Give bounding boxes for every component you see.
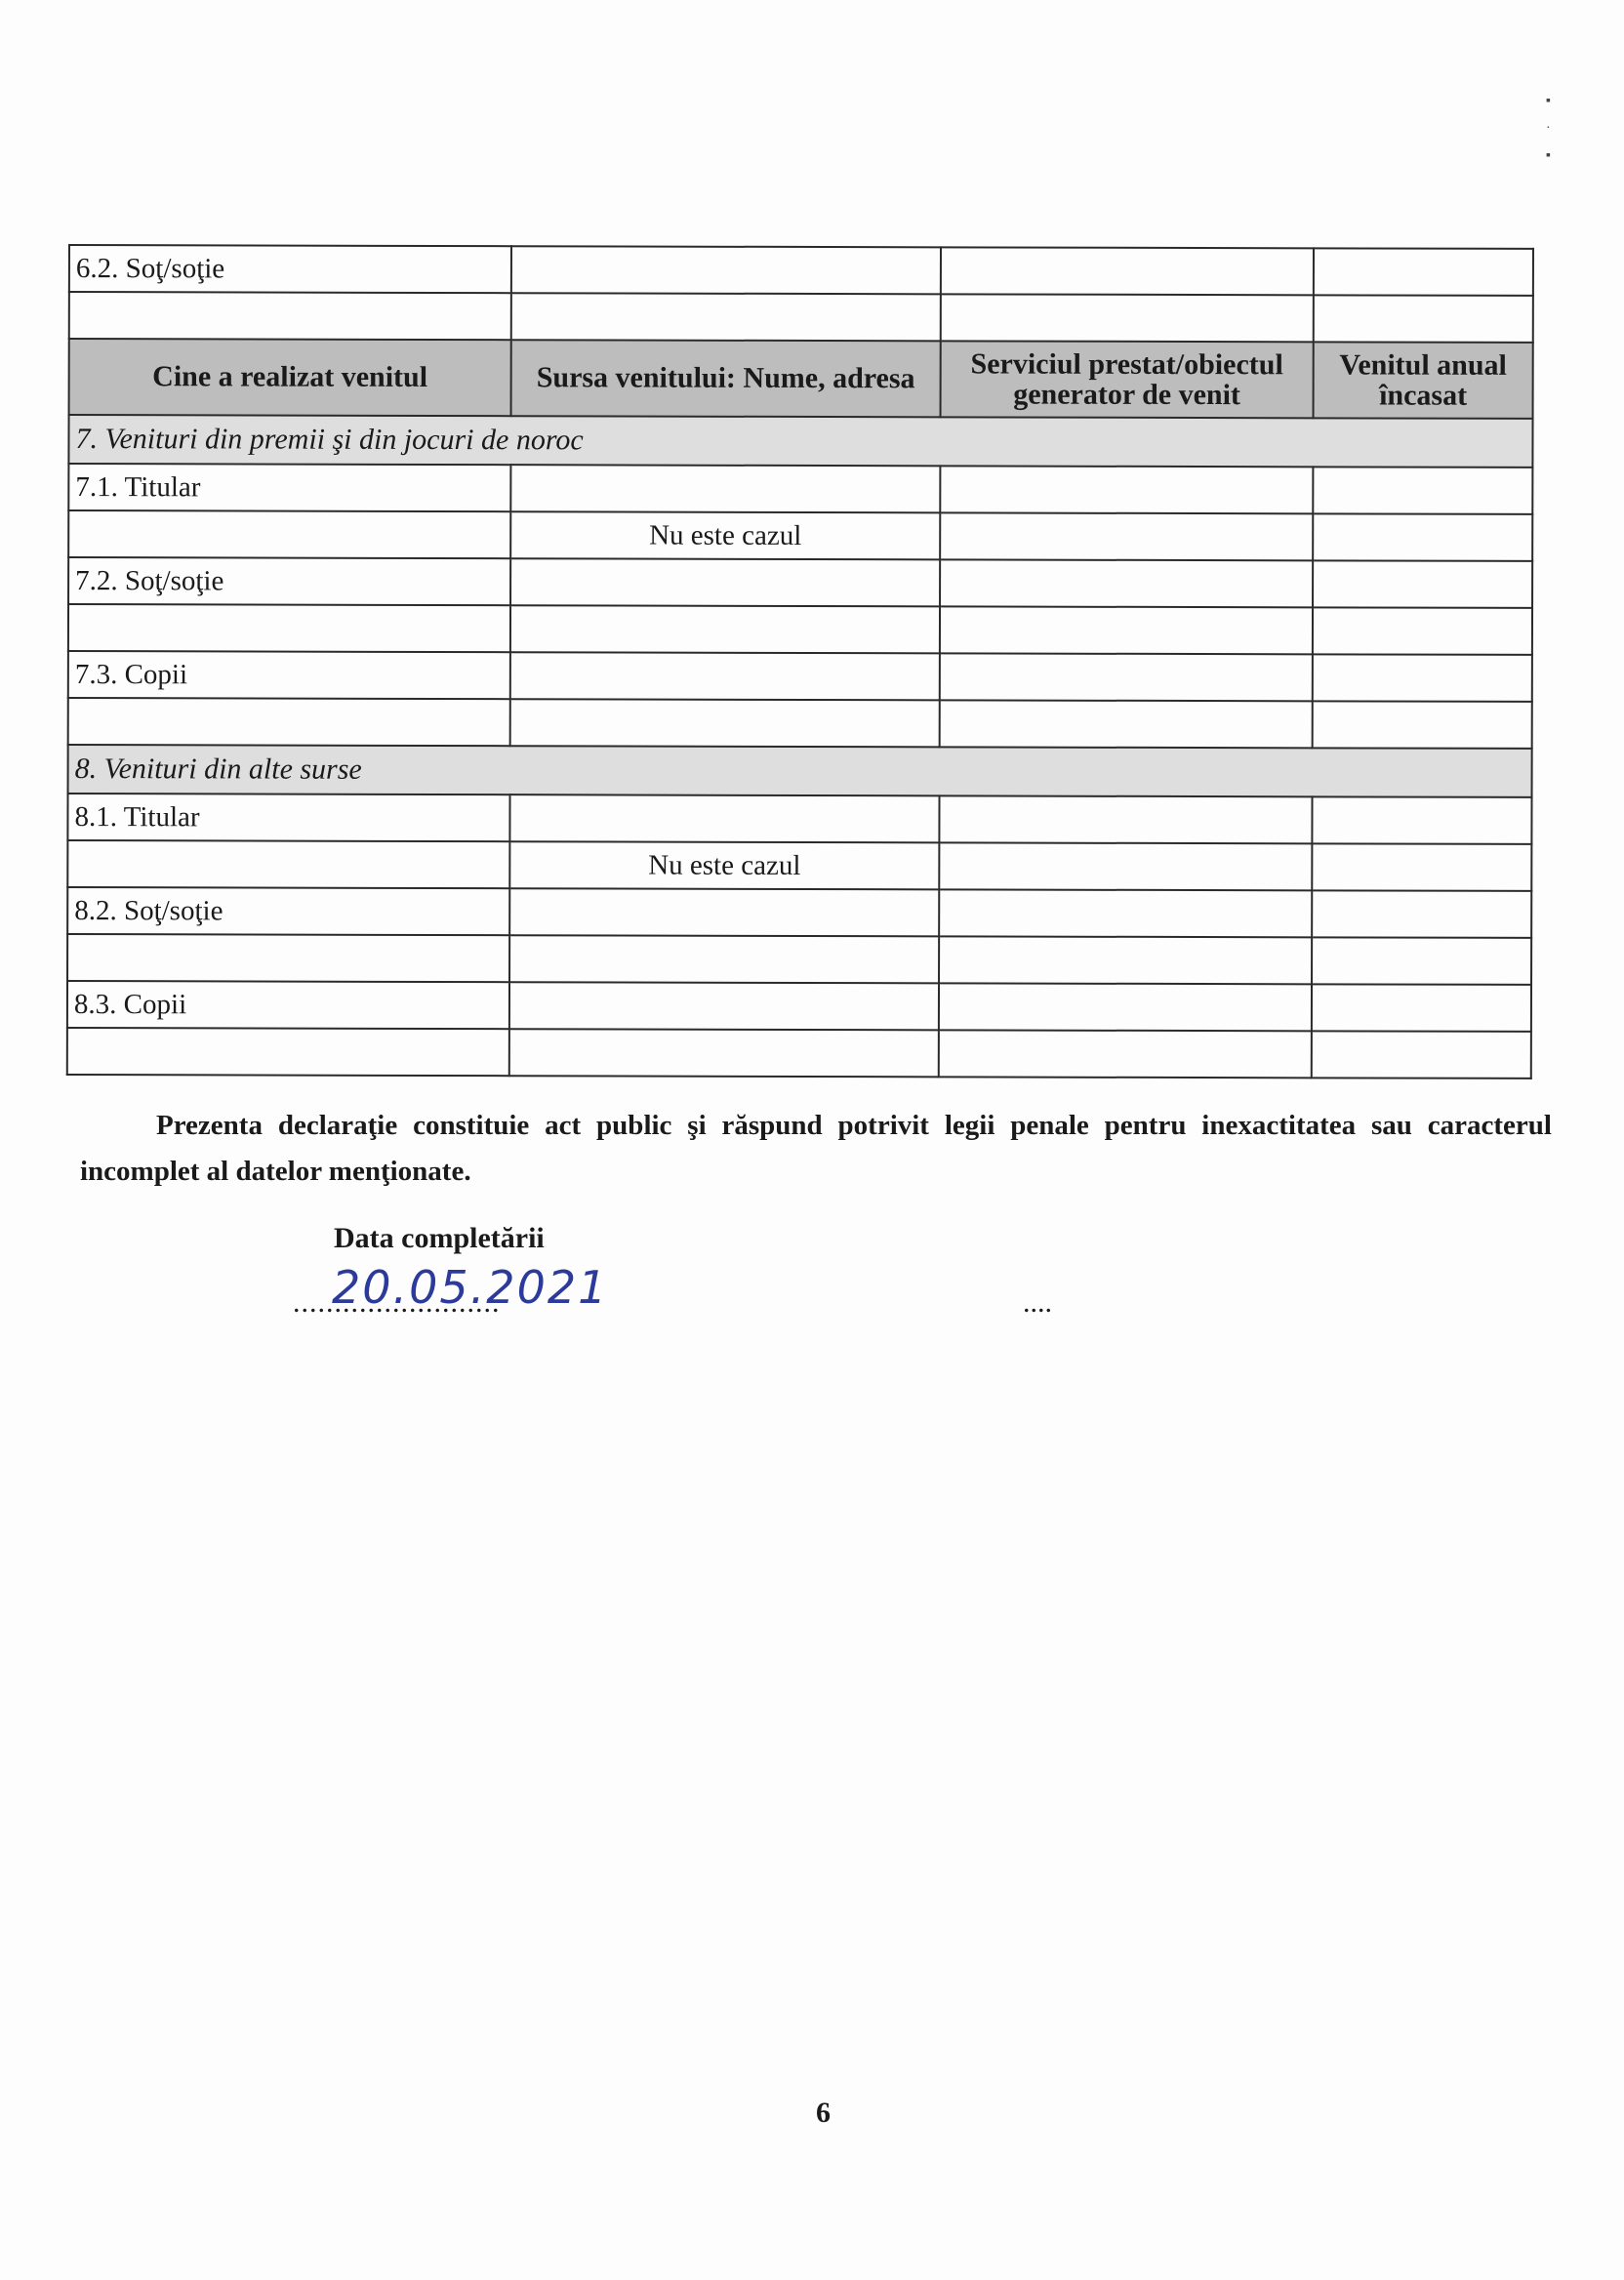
handwritten-date: 20.05.2021 — [332, 1261, 608, 1314]
section-header-row: 8. Venituri din alte surse — [68, 745, 1532, 797]
annual-income-cell — [1313, 654, 1532, 702]
row-label-cell: 8.3. Copii — [67, 981, 509, 1029]
table-cell — [941, 294, 1314, 342]
table-cell — [1314, 295, 1533, 343]
table-cell — [511, 246, 941, 294]
service-cell — [939, 936, 1312, 984]
section-header-row: 7. Venituri din premii şi din jocuri de … — [68, 415, 1532, 468]
date-label: Data completării — [334, 1222, 545, 1255]
annual-income-cell — [1312, 937, 1531, 985]
signature-dotted-line: .... — [1023, 1286, 1052, 1320]
table-row — [67, 1028, 1531, 1079]
table-row: 7.2. Soţ/soţie — [68, 557, 1532, 608]
row-label-cell: 7.2. Soţ/soţie — [68, 557, 510, 605]
row-label-cell — [68, 604, 510, 652]
section-title: 7. Venituri din premii şi din jocuri de … — [68, 415, 1532, 468]
column-header: Serviciul prestat/obiectul generator de … — [941, 341, 1314, 418]
row-label-cell — [68, 510, 510, 558]
section-title: 8. Venituri din alte surse — [68, 745, 1532, 797]
income-source-cell: Nu este cazul — [509, 841, 939, 889]
row-label-cell: 7.1. Titular — [68, 464, 510, 511]
table-row — [67, 934, 1531, 985]
annual-income-cell — [1313, 701, 1532, 749]
annual-income-cell — [1312, 984, 1531, 1032]
income-source-cell — [510, 652, 940, 700]
column-header: Cine a realizat venitul — [69, 339, 511, 416]
table-cell — [511, 293, 941, 341]
service-cell — [939, 983, 1312, 1031]
service-cell — [940, 653, 1313, 701]
row-label-cell — [67, 934, 509, 982]
income-source-cell — [509, 888, 939, 936]
income-source-cell — [510, 465, 940, 512]
row-label-cell: 6.2. Soţ/soţie — [69, 245, 511, 293]
service-cell — [939, 1030, 1312, 1078]
table-cell — [1314, 248, 1533, 296]
row-label-cell: 8.2. Soţ/soţie — [67, 887, 509, 935]
annual-income-cell — [1313, 607, 1532, 655]
table-cell — [941, 247, 1314, 295]
page-number: 6 — [816, 2097, 831, 2130]
income-source-cell — [509, 794, 939, 842]
table-row — [69, 292, 1533, 343]
row-label-cell: 8.1. Titular — [67, 794, 509, 841]
table-row: 6.2. Soţ/soţie — [69, 245, 1533, 296]
income-source-cell — [510, 558, 940, 606]
document-page: 6.2. Soţ/soţieCine a realizat venitulSur… — [0, 0, 1624, 2280]
annual-income-cell — [1312, 1031, 1531, 1079]
table-row: 8.1. Titular — [67, 794, 1531, 844]
service-cell — [940, 606, 1313, 654]
scan-margin-marks: ▪·▪ — [1546, 88, 1551, 170]
table-row — [68, 698, 1532, 749]
table-row: Nu este cazul — [67, 840, 1531, 891]
declaration-statement: Prezenta declaraţie constituie act publi… — [80, 1103, 1552, 1195]
annual-income-cell — [1312, 843, 1531, 891]
service-cell — [939, 889, 1312, 937]
income-source-cell — [510, 605, 940, 653]
income-table: 6.2. Soţ/soţieCine a realizat venitulSur… — [66, 244, 1534, 1079]
service-cell — [939, 795, 1312, 843]
table-row: Nu este cazul — [68, 510, 1532, 561]
row-label-cell — [69, 292, 511, 340]
annual-income-cell — [1313, 513, 1532, 561]
table-row: 8.3. Copii — [67, 981, 1531, 1032]
table-row — [68, 604, 1532, 655]
row-label-cell — [67, 840, 509, 888]
annual-income-cell — [1312, 796, 1531, 844]
service-cell — [940, 559, 1313, 607]
table-row: 7.1. Titular — [68, 464, 1532, 514]
column-header: Sursa venitului: Nume, adresa — [511, 340, 941, 417]
table-row: 8.2. Soţ/soţie — [67, 887, 1531, 938]
service-cell — [940, 700, 1313, 748]
service-cell — [940, 466, 1313, 513]
table-header-row: Cine a realizat venitulSursa venitului: … — [69, 339, 1533, 419]
row-label-cell: 7.3. Copii — [68, 651, 510, 699]
annual-income-cell — [1313, 467, 1532, 514]
service-cell — [939, 842, 1312, 890]
income-source-cell: Nu este cazul — [510, 511, 940, 559]
row-label-cell — [68, 698, 510, 746]
table-row: 7.3. Copii — [68, 651, 1532, 702]
column-header: Venitul anual încasat — [1314, 342, 1533, 419]
income-source-cell — [509, 935, 939, 983]
income-source-cell — [510, 699, 940, 747]
annual-income-cell — [1313, 560, 1532, 608]
row-label-cell — [67, 1028, 509, 1076]
income-source-cell — [509, 982, 939, 1030]
income-source-cell — [509, 1029, 939, 1077]
service-cell — [940, 512, 1313, 560]
annual-income-cell — [1312, 890, 1531, 938]
